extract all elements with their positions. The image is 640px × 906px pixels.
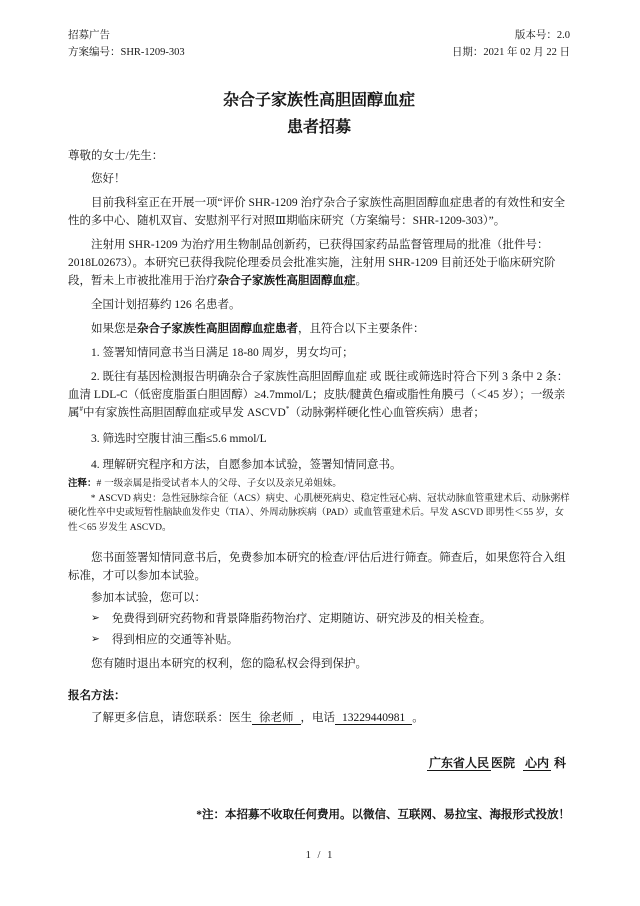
- hospital-signature: 广东省人民医院心内 科: [68, 754, 570, 771]
- criteria-intro: 如果您是杂合子家族性高胆固醇血症患者，且符合以下主要条件：: [68, 320, 570, 338]
- criterion-1: 1. 签署知情同意书当日满足 18-80 周岁，男女均可；: [68, 344, 570, 362]
- arrow-bullet-icon: ➢: [91, 610, 100, 628]
- doc-type-label: 招募广告: [68, 27, 185, 44]
- title-line-1: 杂合子家族性高胆固醇血症: [68, 87, 570, 114]
- criterion-2: 2. 既往有基因检测报告明确杂合子家族性高胆固醇血症 或 既往或筛选时符合下列 …: [68, 368, 570, 422]
- doctor-name: 徐老师: [252, 712, 301, 725]
- title-line-2: 患者招募: [68, 114, 570, 141]
- rights-paragraph: 您有随时退出本研究的权利，您的隐私权会得到保护。: [68, 655, 570, 673]
- benefit-item-2: ➢ 得到相应的交通等补贴。: [68, 631, 570, 649]
- page-title: 杂合子家族性高胆固醇血症 患者招募: [68, 87, 570, 141]
- hospital-name: 广东省人民: [427, 756, 491, 771]
- version-label: 版本号：2.0: [452, 27, 570, 44]
- footnotes-block: 注释：#一级亲属是指受试者本人的父母、子女以及亲兄弟姐妹。 *ASCVD 病史：…: [68, 477, 570, 535]
- drug-approval-paragraph: 注射用 SHR-1209 为治疗用生物制品创新药，已获得国家药品监督管理局的批准…: [68, 236, 570, 290]
- signup-heading: 报名方法：: [68, 687, 570, 705]
- greeting: 您好！: [68, 170, 570, 188]
- criterion-4: 4. 理解研究程序和方法，自愿参加本试验，签署知情同意书。: [68, 456, 570, 474]
- date-label: 日期：2021 年 02 月 22 日: [452, 44, 570, 61]
- study-intro-paragraph: 目前我科室正在开展一项“评价 SHR-1209 治疗杂合子家族性高胆固醇血症患者…: [68, 194, 570, 230]
- department-name: 心内: [523, 756, 551, 771]
- header-right: 版本号：2.0 日期：2021 年 02 月 22 日: [452, 27, 570, 61]
- benefit-text: 免费得到研究药物和背景降脂药物治疗、定期随访、研究涉及的相关检查。: [112, 610, 492, 628]
- footnote-2: *ASCVD 病史：急性冠脉综合征（ACS）病史、心肌梗死病史、稳定性冠心病、冠…: [68, 492, 570, 536]
- phone-number: 13229440981: [335, 712, 412, 725]
- salutation: 尊敬的女士/先生：: [68, 147, 570, 165]
- criterion-3: 3. 筛选时空腹甘油三酯≤5.6 mmol/L: [68, 430, 570, 448]
- notes-label: 注释：: [68, 479, 97, 489]
- arrow-bullet-icon: ➢: [91, 631, 100, 649]
- recruitment-plan: 全国计划招募约 126 名患者。: [68, 296, 570, 314]
- document-header: 招募广告 方案编号：SHR-1209-303 版本号：2.0 日期：2021 年…: [68, 27, 570, 61]
- page-number: 1 / 1: [0, 850, 640, 861]
- screening-paragraph: 您书面签署知情同意书后，免费参加本研究的检查/评估后进行筛查。筛查后，如果您符合…: [68, 549, 570, 585]
- protocol-number: 方案编号：SHR-1209-303: [68, 44, 185, 61]
- hash-marker: #: [97, 479, 102, 489]
- contact-line: 了解更多信息，请您联系：医生徐老师，电话13229440981。: [68, 709, 570, 727]
- benefits-intro: 参加本试验，您可以：: [68, 589, 570, 607]
- patient-type-bold: 杂合子家族性高胆固醇血症患者: [137, 323, 298, 335]
- asterisk-marker: *: [91, 494, 96, 504]
- recruitment-document-page: 招募广告 方案编号：SHR-1209-303 版本号：2.0 日期：2021 年…: [0, 0, 640, 906]
- header-left: 招募广告 方案编号：SHR-1209-303: [68, 27, 185, 61]
- no-fee-note: *注：本招募不收取任何费用。以微信、互联网、易拉宝、海报形式投放！: [68, 806, 570, 822]
- benefit-item-1: ➢ 免费得到研究药物和背景降脂药物治疗、定期随访、研究涉及的相关检查。: [68, 610, 570, 628]
- benefit-text: 得到相应的交通等补贴。: [112, 631, 239, 649]
- footnote-1: 注释：#一级亲属是指受试者本人的父母、子女以及亲兄弟姐妹。: [68, 477, 570, 492]
- disease-name-bold: 杂合子家族性高胆固醇血症: [218, 275, 356, 287]
